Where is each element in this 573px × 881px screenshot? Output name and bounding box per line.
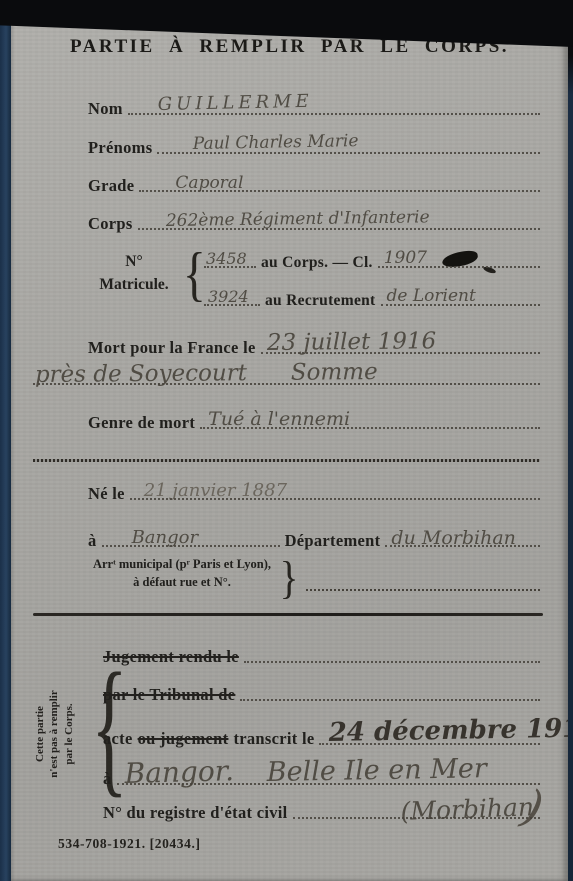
genre-mort-label: Genre de mort (88, 414, 195, 432)
nom-label: Nom (88, 100, 123, 118)
transcription-date-handwritten-value: 24 décembre 1916 (329, 715, 573, 746)
tribunal-label-struck: par le Tribunal de (103, 686, 235, 704)
brace-close-icon: } (280, 552, 299, 604)
naissance-commune-handwritten-value: Bangor (132, 529, 199, 547)
field-row-corps: Corps 262ème Régiment d'Infanterie (88, 207, 540, 233)
arrondissement-label: Arrᵗ municipal (pʳ Paris et Lyon), à déf… (88, 556, 276, 591)
dotted-leader: 21 janvier 1887 (130, 483, 540, 503)
corps-handwritten-value: 262ème Régiment d'Infanterie (165, 209, 429, 230)
dotted-leader: Paul Charles Marie (157, 137, 540, 157)
matricule-corps-number: 3458 (206, 251, 247, 267)
mort-lieu-handwritten-value: près de Soyecourt Somme (35, 361, 378, 387)
au-corps-label: au Corps. — Cl. (261, 254, 373, 271)
departement-handwritten-value: du Morbihan (391, 529, 515, 548)
dotted-leader: (Morbihan ) (293, 802, 540, 822)
transcription-a-label: à (103, 770, 112, 788)
prenoms-label: Prénoms (88, 139, 152, 157)
arrondissement-block: Arrᵗ municipal (pʳ Paris et Lyon), à déf… (88, 556, 540, 604)
dotted-leader: GUILLERME (128, 98, 540, 118)
grade-handwritten-value: Caporal (175, 175, 243, 192)
sidebar-note-line1: Cette partie (33, 652, 47, 816)
dotted-leader: 1907 (378, 251, 540, 271)
arrondissement-label-line2: à défaut rue et N°. (88, 574, 276, 592)
brace-open-icon: { (183, 237, 206, 311)
dotted-leader: 262ème Régiment d'Infanterie (138, 213, 540, 233)
matricule-recrutement-row: 3924 au Recrutement de Lorient (204, 281, 540, 309)
transcrit-le-label: transcrit le (233, 730, 314, 748)
field-row-transcription: acte ou jugement transcrit le 24 décembr… (103, 714, 540, 748)
matricule-block: N° Matricule. { 3458 au Corps. — Cl. 190… (88, 243, 540, 319)
acte-jugement-label-struck: ou jugement (138, 730, 229, 748)
sidebar-note-line2: n'est pas à remplir (47, 652, 61, 816)
dotted-leader: Caporal (139, 175, 540, 195)
departement-label: Département (285, 532, 381, 550)
nom-handwritten-value: GUILLERME (157, 93, 312, 114)
scan-edge-right (568, 0, 573, 881)
registre-label: N° du registre d'état civil (103, 804, 288, 822)
jugement-label-struck: Jugement rendu le (103, 648, 239, 666)
arrondissement-label-line1: Arrᵗ municipal (pʳ Paris et Lyon), (88, 556, 276, 574)
scanned-form-page: PARTIE À REMPLIR PAR LE CORPS. Nom GUILL… (11, 0, 568, 881)
au-recrutement-label: au Recrutement (265, 292, 376, 309)
classe-handwritten-value: 1907 (384, 250, 427, 267)
dotted-leader (306, 589, 540, 591)
field-row-jugement: Jugement rendu le (103, 640, 540, 666)
field-row-mort-lieu: près de Soyecourt Somme (33, 358, 540, 388)
field-row-grade: Grade Caporal (88, 169, 540, 195)
matricule-corps-row: 3458 au Corps. — Cl. 1907 (204, 243, 540, 271)
grade-label: Grade (88, 177, 134, 195)
sidebar-note-text: Cette partie n'est pas à remplir par le … (33, 652, 77, 816)
field-row-genre-mort: Genre de mort Tué à l'ennemi (88, 404, 540, 432)
registre-handwritten-value: (Morbihan (400, 794, 534, 824)
paren-close-swash-icon: ) (518, 782, 548, 831)
scan-edge-left (0, 0, 11, 881)
transcription-commune-suite-handwritten-value: Belle Ile en Mer (266, 755, 486, 786)
field-row-naissance-lieu: à Bangor Département du Morbihan (88, 520, 540, 550)
ink-blot-icon (441, 249, 479, 268)
matricule-recrutement-number: 3924 (208, 289, 249, 305)
naissance-a-label: à (88, 532, 97, 550)
field-row-registre: N° du registre d'état civil (Morbihan ) (103, 792, 540, 822)
field-row-mort: Mort pour la France le 23 juillet 1916 (88, 327, 540, 357)
field-row-nom: Nom GUILLERME (88, 92, 540, 118)
matricule-label-word: Matricule. (92, 273, 176, 296)
matricule-lines: 3458 au Corps. — Cl. 1907 3924 au Recrut… (204, 243, 540, 309)
naissance-date-handwritten-value: 21 janvier 1887 (144, 482, 287, 500)
lieu-recrutement-handwritten-value: de Lorient (387, 288, 476, 305)
matricule-label-no: N° (92, 250, 176, 273)
dotted-leader: 3458 (204, 251, 256, 271)
mort-label: Mort pour la France le (88, 339, 256, 357)
field-row-prenoms: Prénoms Paul Charles Marie (88, 131, 540, 157)
dotted-leader (244, 646, 540, 666)
corps-label: Corps (88, 215, 133, 233)
acte-label: acte (103, 730, 133, 748)
transcription-block: Cette partie n'est pas à remplir par le … (33, 634, 544, 840)
dotted-leader: Bangor. Belle Ile en Mer (117, 768, 540, 788)
dotted-leader: du Morbihan (385, 530, 540, 550)
field-row-tribunal: par le Tribunal de (103, 678, 540, 704)
mort-date-handwritten-value: 23 juillet 1916 (266, 330, 436, 355)
genre-mort-handwritten-value: Tué à l'ennemi (208, 410, 350, 429)
dotted-leader: Bangor (102, 530, 280, 550)
sidebar-note-line3: par le Corps. (62, 652, 76, 816)
dotted-leader: près de Soyecourt Somme (33, 368, 540, 388)
dotted-leader: 23 juillet 1916 (261, 337, 540, 357)
dotted-leader: 24 décembre 1916 (319, 728, 540, 748)
transcription-commune-handwritten-value: Bangor. (124, 757, 234, 788)
dotted-leader: Tué à l'ennemi (200, 412, 540, 432)
dotted-leader: 3924 (204, 289, 260, 309)
footer-imprint: 534-708-1921. [20434.] (58, 836, 201, 852)
sidebar-note: Cette partie n'est pas à remplir par le … (33, 652, 79, 816)
ne-le-label: Né le (88, 485, 125, 503)
field-row-ne-le: Né le 21 janvier 1887 (88, 475, 540, 503)
dotted-leader: de Lorient (381, 289, 540, 309)
matricule-label: N° Matricule. (92, 250, 176, 297)
dotted-leader (240, 684, 540, 704)
field-row-transcription-lieu: à Bangor. Belle Ile en Mer (103, 752, 540, 788)
prenoms-handwritten-value: Paul Charles Marie (193, 133, 359, 153)
section-divider-solid (33, 613, 543, 616)
section-divider-hatched (33, 459, 540, 462)
